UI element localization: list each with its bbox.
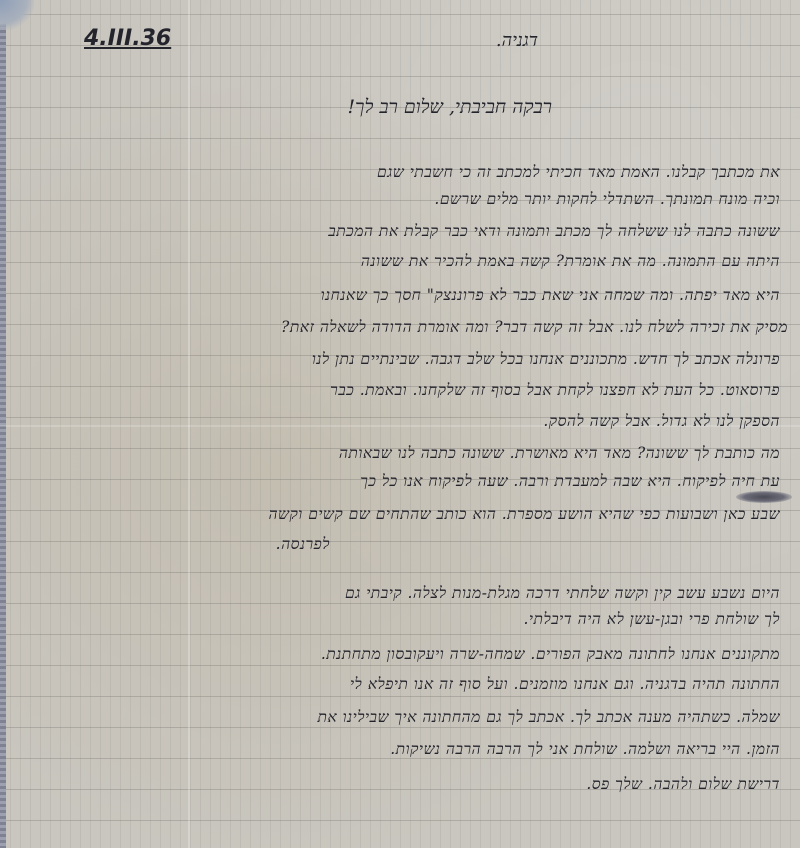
letter-line: מתקוננים אנחנו לחתונה מאבק הפורים. שמחה-… — [321, 645, 780, 664]
letter-place: דגניה. — [496, 30, 538, 51]
letter-line: את מכתבך קבלנו. האמת מאד חכיתי למכתב זה … — [377, 163, 780, 182]
letter-line: היתה עם התמונה. מה את אומרת? קשה באמת לה… — [361, 252, 780, 271]
binding-edge — [0, 0, 6, 848]
letter-line: לפרנסה. — [276, 535, 330, 554]
letter-line: היום נשבע עשב קין וקשה שלחתי דרכה מגלת-מ… — [345, 584, 780, 603]
letter-line: הזמן. היי בריאה ושלמה. שולחת אני לך הרבה… — [390, 740, 780, 759]
letter-line: החתונה תהיה בדגניה. וגם אנחנו מוזמנים. ו… — [350, 675, 780, 694]
letter-line: מסיק את זכירה לשלח לנו. אבל זה קשה דבר? … — [281, 318, 788, 337]
letter-line: דרישת שלום ולהבה. שלך פס. — [586, 775, 780, 794]
letter-line: שבע כאן ושבועות כפי שהיא הושע מספרת. הוא… — [268, 505, 780, 524]
letter-line: פרוסאוט. כל העת לא חפצנו לקחת אבל בסוף ז… — [330, 381, 780, 400]
paper-fold-vertical — [188, 0, 190, 848]
letter-line: היא מאד יפתה. ומה שמחה אני שאת כבר לא פר… — [321, 286, 780, 305]
letter-line: הספקן לנו לא גדול. אבל קשה להסק. — [543, 412, 780, 431]
letter-line: לך שולחת פרי ובגן-עשן לא היה דיבלתי. — [524, 610, 781, 629]
corner-stain — [0, 0, 34, 30]
letter-line: ששונה כתבה לנו ששלחה לך מכתב ותמונה ודאי… — [328, 222, 780, 241]
letter-line: וכיה מונח תמונתך. השתדלי לחקות יותר מלים… — [434, 190, 780, 209]
ink-smudge — [736, 491, 792, 503]
letter-date: 4.III.36 — [84, 26, 171, 51]
letter-line: מה כותבת לך ששונה? מאד היא מאושרת. ששונה… — [339, 444, 780, 463]
letter-line: פרונלה אכתב לך חדש. מתכוננים אנחנו בכל ש… — [312, 350, 780, 369]
letter-line: עת חיה לפיקוח. היא שבה למעבדת ורבה. שעה … — [360, 472, 780, 491]
letter-salutation: רבקה חביבתי, שלום רב לך! — [347, 96, 552, 119]
letter-line: שמלה. כשתהיה מענה אכתב לך. אכתב לך גם מה… — [317, 708, 780, 727]
